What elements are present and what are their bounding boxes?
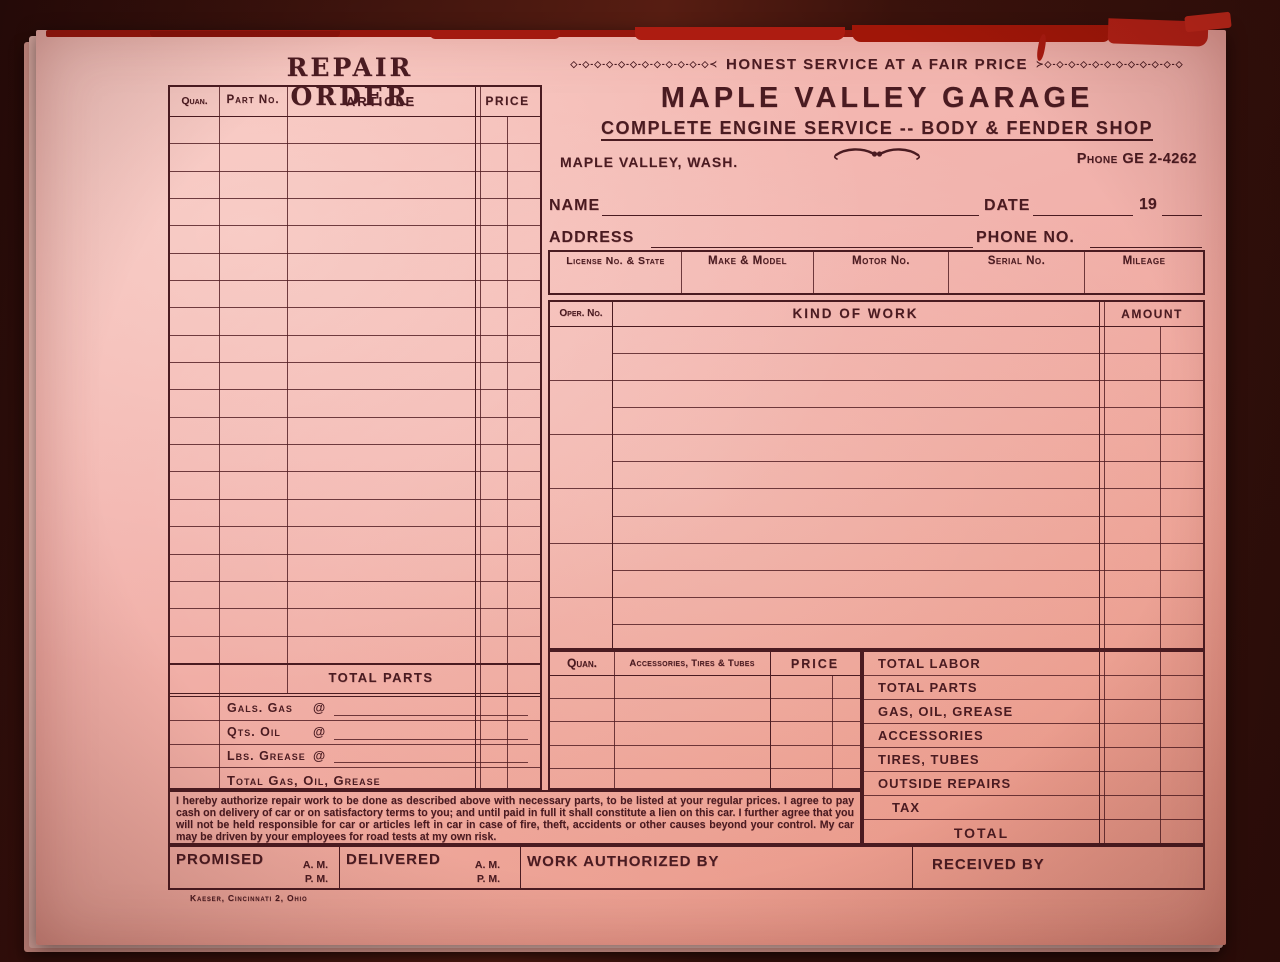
work-blank-row bbox=[612, 571, 1203, 598]
parts-header-quan: Quan. bbox=[170, 95, 219, 107]
summary-row-tax: TAX bbox=[864, 796, 1203, 820]
summary-row-total-labor: TOTAL LABOR bbox=[864, 652, 1203, 676]
parts-blank-row bbox=[170, 555, 540, 582]
promised-label: PROMISED bbox=[176, 851, 264, 868]
vehicle-header-mileage: Mileage bbox=[1085, 252, 1203, 267]
oper-no-rows bbox=[550, 327, 612, 652]
work-blank-row bbox=[612, 598, 1203, 625]
parts-blank-row bbox=[170, 500, 540, 527]
parts-blank-row bbox=[170, 527, 540, 554]
work-blank-row bbox=[612, 517, 1203, 544]
oper-no-blank-row bbox=[550, 435, 612, 489]
phone-no-label: PHONE NO. bbox=[976, 229, 1075, 247]
fuel-section: Gals. Gas @ Qts. Oil @ Lbs. Grease @ Tot… bbox=[170, 697, 540, 792]
summary-row-total-parts: TOTAL PARTS bbox=[864, 676, 1203, 700]
fuel-label: Lbs. Grease bbox=[227, 749, 313, 763]
vehicle-header-make-model: Make & Model bbox=[682, 252, 813, 267]
summary-label: TAX bbox=[878, 800, 920, 815]
summary-row-accessories: ACCESSORIES bbox=[864, 724, 1203, 748]
write-line bbox=[334, 725, 528, 740]
work-blank-row bbox=[612, 354, 1203, 381]
oper-no-blank-row bbox=[550, 598, 612, 652]
name-write-line bbox=[602, 200, 979, 216]
vehicle-info-table: License No. & State Make & Model Motor N… bbox=[548, 250, 1205, 295]
oper-no-blank-row bbox=[550, 544, 612, 598]
delivered-label: DELIVERED bbox=[346, 851, 441, 868]
delivered-am-label: A. M. bbox=[460, 859, 500, 871]
address-label: ADDRESS bbox=[549, 229, 634, 247]
totals-summary-table: TOTAL LABOR TOTAL PARTS GAS, OIL, GREASE… bbox=[862, 650, 1205, 845]
work-header-kind-of-work: KIND OF WORK bbox=[612, 306, 1099, 321]
address-write-line bbox=[651, 232, 973, 248]
parts-blank-row bbox=[170, 144, 540, 171]
summary-label: TOTAL PARTS bbox=[878, 680, 978, 695]
parts-blank-row bbox=[170, 336, 540, 363]
parts-blank-row bbox=[170, 609, 540, 636]
parts-blank-rows bbox=[170, 117, 540, 664]
kind-of-work-table: Oper. No. KIND OF WORK AMOUNT bbox=[548, 300, 1205, 650]
delivered-pm-label: P. M. bbox=[460, 873, 500, 885]
summary-row-total: TOTAL bbox=[864, 820, 1099, 847]
work-blank-row bbox=[612, 435, 1203, 462]
date-write-line bbox=[1033, 200, 1133, 216]
parts-blank-row bbox=[170, 582, 540, 609]
glue-binding-strip bbox=[150, 31, 340, 37]
chain-ornament-left-icon: ◇-◇-◇-◇-◇-◇-◇-◇-◇-◇-◇-◇≺ bbox=[570, 59, 718, 70]
summary-label: TIRES, TUBES bbox=[878, 752, 980, 767]
parts-blank-row bbox=[170, 308, 540, 335]
glue-binding-strip bbox=[852, 25, 1110, 42]
work-blank-row bbox=[612, 408, 1203, 435]
garage-phone: Phone GE 2-4262 bbox=[1037, 151, 1197, 167]
glue-binding-strip bbox=[430, 30, 560, 39]
parts-header-article: ARTICLE bbox=[287, 94, 475, 109]
glue-binding-strip bbox=[635, 27, 845, 40]
summary-label: GAS, OIL, GREASE bbox=[878, 704, 1013, 719]
summary-label: OUTSIDE REPAIRS bbox=[878, 776, 1011, 791]
parts-blank-row bbox=[170, 226, 540, 253]
promised-pm-label: P. M. bbox=[288, 873, 328, 885]
summary-label: ACCESSORIES bbox=[878, 728, 984, 743]
write-line bbox=[334, 701, 528, 716]
work-blank-row bbox=[612, 462, 1203, 489]
at-symbol: @ bbox=[313, 701, 326, 715]
scroll-ornament-icon bbox=[832, 146, 922, 165]
summary-row-tires-tubes: TIRES, TUBES bbox=[864, 748, 1203, 772]
summary-row-outside-repairs: OUTSIDE REPAIRS bbox=[864, 772, 1203, 796]
accessories-blank-row bbox=[550, 746, 860, 769]
parts-blank-row bbox=[170, 172, 540, 199]
authorization-box: I hereby authorize repair work to be don… bbox=[168, 790, 862, 845]
summary-row-gas-oil-grease: GAS, OIL, GREASE bbox=[864, 700, 1203, 724]
parts-blank-row bbox=[170, 254, 540, 281]
name-label: NAME bbox=[549, 197, 600, 215]
parts-blank-row bbox=[170, 199, 540, 226]
parts-blank-row bbox=[170, 363, 540, 390]
parts-header-part-no: Part No. bbox=[219, 94, 287, 106]
parts-blank-row bbox=[170, 281, 540, 308]
fuel-row-total: Total Gas, Oil, Grease bbox=[170, 768, 540, 792]
authorization-text: I hereby authorize repair work to be don… bbox=[176, 795, 854, 843]
accessories-blank-row bbox=[550, 699, 860, 722]
work-blank-row bbox=[612, 625, 1203, 652]
garage-name: MAPLE VALLEY GARAGE bbox=[557, 82, 1197, 115]
work-header-amount: AMOUNT bbox=[1101, 307, 1203, 321]
parts-blank-row bbox=[170, 390, 540, 417]
work-blank-row bbox=[612, 489, 1203, 516]
summary-label: TOTAL LABOR bbox=[878, 656, 981, 671]
parts-blank-row bbox=[170, 418, 540, 445]
total-fuel-label: Total Gas, Oil, Grease bbox=[227, 773, 381, 788]
fuel-label: Gals. Gas bbox=[227, 701, 313, 715]
year-write-line bbox=[1162, 200, 1202, 216]
write-line bbox=[334, 748, 528, 763]
work-write-lines bbox=[612, 327, 1203, 652]
services-text: COMPLETE ENGINE SERVICE -- BODY & FENDER… bbox=[601, 118, 1153, 141]
accessories-header-article: Accessories, Tires & Tubes bbox=[614, 658, 770, 669]
accessories-blank-row bbox=[550, 769, 860, 792]
slogan-text: HONEST SERVICE AT A FAIR PRICE bbox=[726, 56, 1028, 73]
accessories-table: Quan. Accessories, Tires & Tubes PRICE bbox=[548, 650, 862, 790]
total-parts-label: TOTAL PARTS bbox=[287, 670, 475, 685]
oper-no-blank-row bbox=[550, 381, 612, 435]
vehicle-header-license: License No. & State bbox=[550, 252, 681, 267]
accessories-blank-row bbox=[550, 722, 860, 745]
date-label: DATE bbox=[984, 197, 1030, 215]
parts-blank-row bbox=[170, 445, 540, 472]
accessories-header-quan: Quan. bbox=[550, 656, 614, 670]
work-header-oper-no: Oper. No. bbox=[550, 308, 612, 319]
parts-header-price: PRICE bbox=[475, 94, 540, 108]
at-symbol: @ bbox=[313, 725, 326, 739]
vehicle-header-motor-no: Motor No. bbox=[814, 252, 948, 267]
fuel-label: Qts. Oil bbox=[227, 725, 313, 739]
footer-signature-row: PROMISED A. M. P. M. DELIVERED A. M. P. … bbox=[168, 845, 1205, 890]
slogan-banner: ◇-◇-◇-◇-◇-◇-◇-◇-◇-◇-◇-◇≺ HONEST SERVICE … bbox=[557, 56, 1197, 73]
photographed-repair-order: REPAIR ORDER Quan. Part No. ARTICLE PRIC… bbox=[0, 0, 1280, 962]
year-prefix: 19 bbox=[1139, 196, 1157, 214]
garage-location: MAPLE VALLEY, WASH. bbox=[560, 154, 738, 170]
accessories-blank-rows bbox=[550, 676, 860, 792]
promised-am-label: A. M. bbox=[288, 859, 328, 871]
accessories-blank-row bbox=[550, 676, 860, 699]
oper-no-blank-row bbox=[550, 489, 612, 543]
parts-blank-row bbox=[170, 117, 540, 144]
chain-ornament-right-icon: ≻◇-◇-◇-◇-◇-◇-◇-◇-◇-◇-◇-◇ bbox=[1036, 59, 1184, 70]
oper-no-blank-row bbox=[550, 327, 612, 381]
phone-write-line bbox=[1090, 232, 1202, 248]
accessories-header-price: PRICE bbox=[770, 657, 860, 671]
summary-total-label: TOTAL bbox=[954, 825, 1009, 841]
work-blank-row bbox=[612, 544, 1203, 571]
at-symbol: @ bbox=[313, 749, 326, 763]
parts-blank-row bbox=[170, 472, 540, 499]
work-blank-row bbox=[612, 381, 1203, 408]
parts-blank-row bbox=[170, 637, 540, 664]
vehicle-header-serial-no: Serial No. bbox=[949, 252, 1084, 267]
received-by-label: RECEIVED BY bbox=[932, 856, 1045, 873]
fuel-row-grease: Lbs. Grease @ bbox=[170, 745, 540, 769]
work-authorized-by-label: WORK AUTHORIZED BY bbox=[527, 853, 719, 870]
work-blank-row bbox=[612, 327, 1203, 354]
services-line: COMPLETE ENGINE SERVICE -- BODY & FENDER… bbox=[557, 118, 1197, 139]
fuel-row-gas: Gals. Gas @ bbox=[170, 697, 540, 721]
parts-table: Quan. Part No. ARTICLE PRICE TOTAL PARTS… bbox=[168, 85, 542, 790]
printer-imprint: Kaeser, Cincinnati 2, Ohio bbox=[190, 893, 307, 903]
fuel-row-oil: Qts. Oil @ bbox=[170, 721, 540, 745]
